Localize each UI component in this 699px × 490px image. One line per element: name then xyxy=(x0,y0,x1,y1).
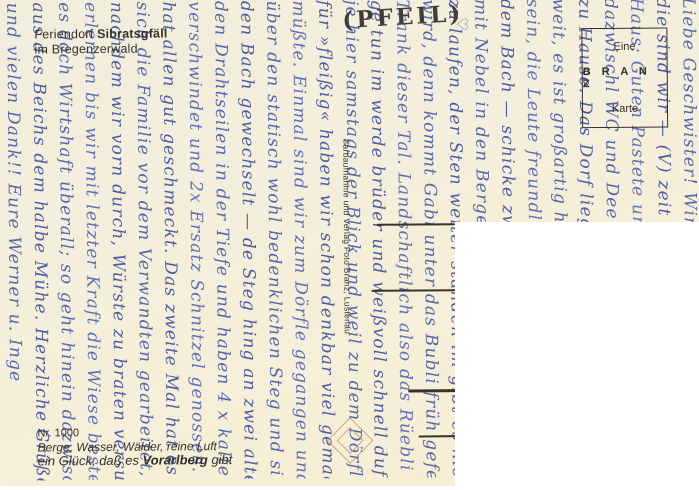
heart-doodle-icon: ♡ xyxy=(453,17,471,31)
handwriting-line: Trank dieser Tal. Landschaftlich also da… xyxy=(386,0,416,478)
handwriting-line: es doch Wirtshaft überall; so geht hinei… xyxy=(48,2,78,480)
slogan-line2: ein Glück, daß es Vorarlberg gibt xyxy=(38,453,233,469)
stamp-box-line1: Eine xyxy=(613,41,635,53)
handwriting-line: ge tun im werde brüder und weißvoll schn… xyxy=(360,0,390,478)
handwriting-line: wird, denn kommt Gabi unter das Bubli fr… xyxy=(412,0,442,477)
slogan-line2-prefix: ein Glück, daß es xyxy=(38,453,143,469)
handwriting-line: verschwindet und 2x Ersatz Schnitzel gen… xyxy=(178,1,208,479)
handwriting-line: Liebe Geschwister! Wir sind xyxy=(672,0,699,229)
location-title-bold: Sibratsgfäll xyxy=(97,26,168,41)
handwriting-line: nachdem wir vorn durch, Würste zu braten… xyxy=(100,2,130,480)
scan-bottom-margin xyxy=(0,486,699,490)
location-title-line2: im Bregenzerwald xyxy=(34,41,167,57)
handwriting-line: und vielen Dank!! Eure Werner u. Inge xyxy=(0,3,26,473)
handwriting-line: erlernen bis wir mit letzter Kraft die W… xyxy=(74,2,104,480)
slogan-line2-suffix: gibt xyxy=(208,452,233,467)
stamp-box: Eine B R A N Z Karte xyxy=(581,28,668,129)
handwriting-line: weit, es ist großartig hier xyxy=(542,0,570,230)
printer-mark-icon xyxy=(327,417,371,463)
location-title-line1: Feriendorf Sibratsgfäll xyxy=(34,26,167,42)
handwriting-line: mit Nebel in den Bergen da xyxy=(464,0,492,231)
handwriting-line: für »fleißig« haben wir schon denkbar vi… xyxy=(308,0,338,478)
stamp-box-brand: B R A N Z xyxy=(583,66,667,91)
handwriting-line: über den statisch wohl bedenklichen Steg… xyxy=(256,1,286,479)
slogan-line2-vorarlberg: Vorarlberg xyxy=(142,452,207,468)
postcard-scan-page: Liebe Geschwister! Wir sinddie sind wir … xyxy=(0,0,699,490)
address-ruling-line xyxy=(408,389,456,392)
location-title-regular: Feriendorf xyxy=(34,27,97,41)
publisher-credit: Farbaufnahme und Verlag Foto Branz, Lust… xyxy=(339,139,353,351)
handwriting-line: den Drahtseilen in der Tiefe und haben 4… xyxy=(204,1,234,479)
handwriting-line: den Bach gewechselt — de Steg hing an zw… xyxy=(230,1,260,479)
stamp-box-line3: Karte xyxy=(612,103,638,115)
footer-caption: Nr. 1000 Berge, Wasser, Wälder, reine Lu… xyxy=(37,425,232,469)
handwriting-line: dem Bach — schicke zwei xyxy=(490,0,518,231)
handwriting-line: müßte. Einmal sind wir zum Dörfle gegang… xyxy=(282,0,312,478)
location-title: Feriendorf Sibratsgfäll im Bregenzerwald xyxy=(34,26,167,57)
handwriting-line: sich die Familie vor dem Verwandten gear… xyxy=(126,2,156,480)
blanked-address-area xyxy=(455,222,699,490)
address-ruling-line xyxy=(419,435,457,437)
handwriting-line: aus des Beichs dem halbe Mühe. Herzliche… xyxy=(22,2,52,480)
handwriting-line: sein, die Leute freundlich xyxy=(516,0,544,231)
card-number: Nr. 1000 xyxy=(37,425,232,441)
handwriting-line: hat allen gut geschmeckt. Das zweite Mal… xyxy=(152,1,182,479)
